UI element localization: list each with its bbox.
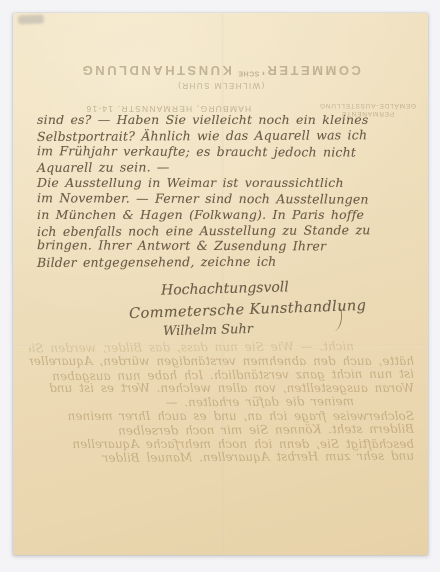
brand-superscript: SCHE bbox=[238, 69, 259, 76]
bleed-through-line: nicht. — Wie Sie nun dass, das Bilder, w… bbox=[29, 340, 414, 356]
scanned-letter: PERMANENTE GEMÄLDE-AUSSTELLUNG HAMBURG, … bbox=[0, 0, 440, 572]
closing-formula: Hochachtungsvoll bbox=[161, 279, 289, 298]
letterhead-upside-down: PERMANENTE GEMÄLDE-AUSSTELLUNG HAMBURG, … bbox=[13, 39, 428, 119]
signature-name: Wilhelm Suhr bbox=[163, 322, 253, 339]
bleed-through-line: und sehr zum Herbst Aquarellen. Manuel B… bbox=[29, 450, 414, 466]
letter-paper-sheet: PERMANENTE GEMÄLDE-AUSSTELLUNG HAMBURG, … bbox=[13, 13, 428, 555]
bleed-through-line: ist nun nicht ganz verständlich. Ich hab… bbox=[29, 367, 414, 383]
bleed-through-block: nicht. — Wie Sie nun dass, das Bilder, w… bbox=[29, 341, 414, 465]
letter-line: sind es? — Haben Sie vielleicht noch ein… bbox=[37, 112, 416, 128]
bleed-through-line: hätte, auch den abnehmen verständigen wü… bbox=[29, 355, 414, 369]
brand-suffix: KUNSTHANDLUNG bbox=[80, 63, 238, 78]
bleed-through-line: Solcherweise frage ich an, und es auch I… bbox=[29, 410, 414, 424]
letterhead-brand: COMMETER'SCHE KUNSTHANDLUNG bbox=[13, 63, 428, 78]
bleed-through-line: Bildern steht. Können Sie mir noch derse… bbox=[29, 422, 414, 438]
letter-line: in München & Hagen (Folkwang). In Paris … bbox=[37, 207, 416, 223]
brand-prefix: COMMETER' bbox=[259, 63, 360, 78]
letter-line: Aquarell zu sein. — bbox=[37, 158, 416, 176]
letter-line: Bilder entgegensehend, zeichne ich bbox=[37, 253, 416, 271]
letterhead-left-line2: GEMÄLDE-AUSSTELLUNG bbox=[319, 101, 416, 109]
pencil-inventory-mark bbox=[18, 15, 44, 25]
letter-line: Die Ausstellung in Weimar ist voraussich… bbox=[37, 175, 416, 191]
letter-line: Selbstportrait? Ähnlich wie das Aquarell… bbox=[37, 127, 416, 145]
bleed-through-line: meiner die dafür erhalten. — bbox=[29, 395, 414, 411]
letter-line: im November. — Ferner sind noch Ausstell… bbox=[37, 190, 416, 207]
letter-body: sind es? — Haben Sie vielleicht noch ein… bbox=[37, 112, 416, 270]
letterhead-subtitle: (WILHELM SUHR) bbox=[13, 81, 428, 90]
